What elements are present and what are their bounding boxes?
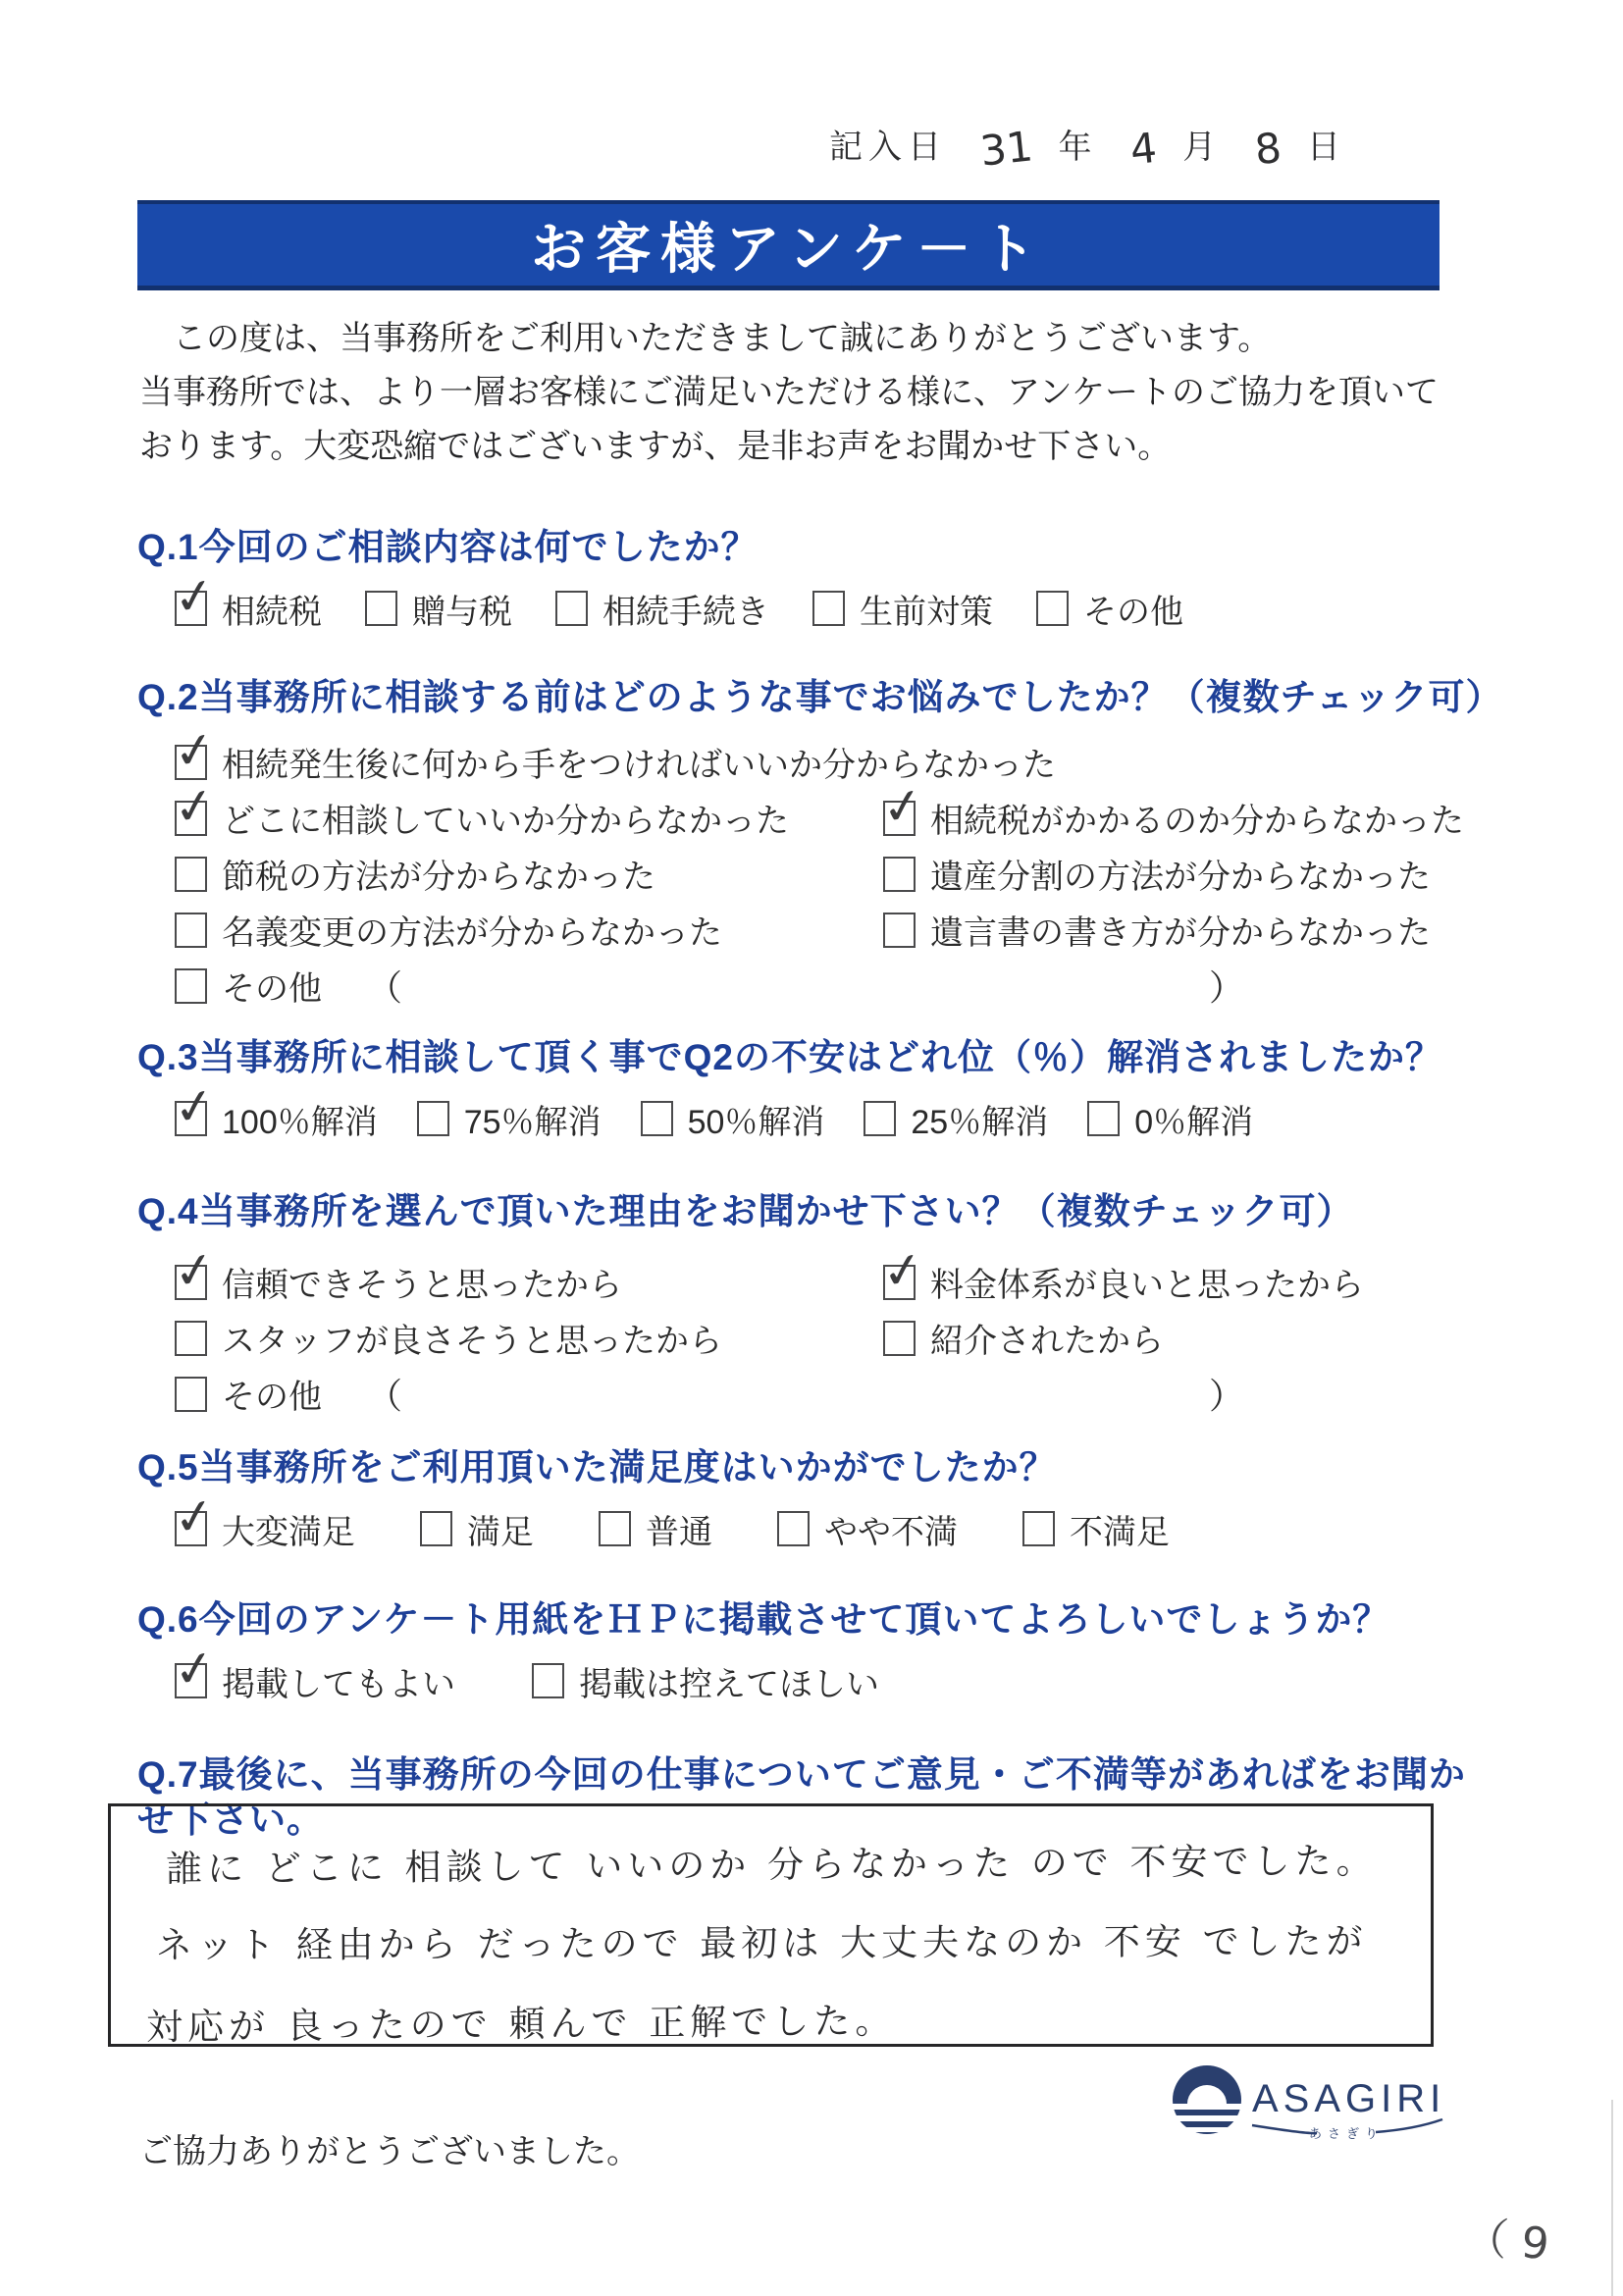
other-paren-close: ） <box>1209 961 1244 1011</box>
checkbox-option-keisai-ng[interactable]: 掲載は控えてほしい <box>532 1657 879 1705</box>
checkbox[interactable] <box>599 1511 631 1546</box>
asagiri-logo: ASAGIRI あさぎり <box>1170 2062 1444 2147</box>
intro-line: おります。大変恐縮ではございますが、是非お声をお聞かせ下さい。 <box>139 420 1493 474</box>
option-label: 掲載は控えてほしい <box>579 1657 879 1705</box>
option-label: 贈与税 <box>412 585 512 633</box>
date-prefix-label: 記入日 <box>829 120 947 168</box>
option-label: 遺産分割の方法が分からなかった <box>930 850 1431 898</box>
checkbox[interactable] <box>175 1511 207 1546</box>
question-q3: Q.3当事務所に相談して頂く事でQ2の不安はどれ位（％）解消されましたか？ 10… <box>137 1035 1492 1143</box>
intro-paragraph: この度は、当事務所をご利用いただきまして誠にありがとうございます。 当事務所では… <box>139 312 1493 474</box>
checkbox[interactable] <box>175 591 207 626</box>
handwritten-page-mark: （9 <box>1462 2201 1566 2273</box>
option-label: やや不満 <box>824 1505 958 1553</box>
checkbox[interactable] <box>1087 1101 1120 1136</box>
checkbox[interactable] <box>175 1377 207 1412</box>
footer-thanks-text: ご協力ありがとうございました。 <box>139 2124 640 2172</box>
other-paren-open: （ <box>367 961 402 1011</box>
option-label: 節税の方法が分からなかった <box>222 850 655 898</box>
option-label: 0％解消 <box>1134 1095 1253 1143</box>
checkbox[interactable] <box>883 857 916 892</box>
checkbox-option-taihen-manzoku[interactable]: 大変満足 <box>175 1505 355 1553</box>
question-q4: Q.4当事務所を選んで頂いた理由をお聞かせ下さい？（複数チェック可） 信頼できそ… <box>137 1189 1492 1422</box>
option-label: 信頼できそうと思ったから <box>222 1258 622 1306</box>
checkbox-option[interactable]: 紹介されたから <box>883 1314 1164 1362</box>
checkbox[interactable] <box>175 913 207 948</box>
question-heading: Q.4当事務所を選んで頂いた理由をお聞かせ下さい？（複数チェック可） <box>137 1189 1492 1234</box>
checkbox[interactable] <box>641 1101 673 1136</box>
option-label: 普通 <box>646 1505 712 1553</box>
checkbox-option[interactable]: 遺言書の書き方が分からなかった <box>883 906 1431 954</box>
other-paren-open: （ <box>367 1369 402 1419</box>
checkbox[interactable] <box>883 913 916 948</box>
question-heading: Q.5当事務所をご利用頂いた満足度はいかがでしたか？ <box>137 1445 1492 1490</box>
checkbox-option-zouyozei[interactable]: 贈与税 <box>365 585 512 633</box>
checkbox-option-keisai-ok[interactable]: 掲載してもよい <box>175 1657 455 1705</box>
checkbox[interactable] <box>812 591 845 626</box>
checkbox-option[interactable]: どこに相談していいか分からなかった <box>175 794 789 842</box>
checkbox-option[interactable]: 節税の方法が分からなかった <box>175 850 655 898</box>
checkbox[interactable] <box>1022 1511 1055 1546</box>
checkbox[interactable] <box>777 1511 810 1546</box>
checkbox[interactable] <box>883 1321 916 1356</box>
option-label: 生前対策 <box>860 585 993 633</box>
checkbox-option-sonota[interactable]: その他 <box>175 1370 322 1418</box>
checkbox[interactable] <box>175 801 207 836</box>
checkbox[interactable] <box>883 1265 916 1300</box>
question-heading: Q.6今回のアンケ－ト用紙をＨＰに掲載させて頂いてよろしいでしょうか？ <box>137 1597 1492 1643</box>
other-paren-close: ） <box>1209 1369 1244 1419</box>
option-label: 大変満足 <box>222 1505 355 1553</box>
scan-artifact <box>1611 2100 1613 2296</box>
handwritten-month-value: 4 <box>1128 128 1159 172</box>
checkbox-option-75[interactable]: 75％解消 <box>417 1095 602 1143</box>
checkbox-option-sonota[interactable]: その他 <box>1036 585 1183 633</box>
checkbox[interactable] <box>175 968 207 1004</box>
fill-in-date-row: 記入日 31 年 4 月 8 日 <box>829 120 1346 168</box>
question-heading: Q.2当事務所に相談する前はどのような事でお悩みでしたか？（複数チェック可） <box>137 675 1492 720</box>
checkbox-option-souzoku-tetsuzuki[interactable]: 相続手続き <box>555 585 769 633</box>
handwritten-comment-line: 誰に どこに 相談して いいのか 分らなかった ので 不安でした。 <box>166 1822 1402 1909</box>
checkbox-option[interactable]: 料金体系が良いと思ったから <box>883 1258 1364 1306</box>
checkbox-option-manzoku[interactable]: 満足 <box>420 1505 534 1553</box>
option-label: 料金体系が良いと思ったから <box>930 1258 1364 1306</box>
question-q1: Q.1今回のご相談内容は何でしたか？ 相続税 贈与税 相続手続き 生前対策 その… <box>137 525 1492 633</box>
checkbox-option-0[interactable]: 0％解消 <box>1087 1095 1253 1143</box>
option-label: 100％解消 <box>222 1095 378 1143</box>
checkbox-option[interactable]: 相続税がかかるのか分からなかった <box>883 794 1464 842</box>
asagiri-sun-icon: ASAGIRI あさぎり <box>1170 2062 1444 2147</box>
checkbox[interactable] <box>175 857 207 892</box>
checkbox-option-50[interactable]: 50％解消 <box>641 1095 825 1143</box>
option-label: 満足 <box>467 1505 534 1553</box>
option-label: スタッフが良さそうと思ったから <box>222 1314 722 1362</box>
year-suffix-label: 年 <box>1058 120 1097 168</box>
option-label: 25％解消 <box>911 1095 1048 1143</box>
option-label: 遺言書の書き方が分からなかった <box>930 906 1431 954</box>
question-heading: Q.1今回のご相談内容は何でしたか？ <box>137 525 1492 570</box>
option-label: 相続税がかかるのか分からなかった <box>930 794 1464 842</box>
checkbox-option-100[interactable]: 100％解消 <box>175 1095 378 1143</box>
title-banner: お客様アンケ－ト <box>137 200 1440 290</box>
checkbox[interactable] <box>420 1511 452 1546</box>
checkbox-option[interactable]: 遺産分割の方法が分からなかった <box>883 850 1431 898</box>
option-label: 相続手続き <box>602 585 769 633</box>
checkbox-option-futsuu[interactable]: 普通 <box>599 1505 712 1553</box>
option-label: 掲載してもよい <box>222 1657 455 1705</box>
checkbox[interactable] <box>175 745 207 780</box>
checkbox-option[interactable]: スタッフが良さそうと思ったから <box>175 1314 722 1362</box>
handwritten-comment-line: ネット 経由から だったので 最初は 大丈夫なのか 不安 でしたが <box>156 1903 1401 1985</box>
checkbox[interactable] <box>175 1321 207 1356</box>
checkbox[interactable] <box>864 1101 896 1136</box>
checkbox[interactable] <box>555 591 588 626</box>
option-label: 相続発生後に何から手をつければいいか分からなかった <box>222 738 1056 786</box>
checkbox-option-25[interactable]: 25％解消 <box>864 1095 1048 1143</box>
option-label: 不満足 <box>1070 1505 1170 1553</box>
option-label: 紹介されたから <box>930 1314 1164 1362</box>
checkbox-option-souzokuzei[interactable]: 相続税 <box>175 585 322 633</box>
checkbox[interactable] <box>175 1265 207 1300</box>
question-q5: Q.5当事務所をご利用頂いた満足度はいかがでしたか？ 大変満足 満足 普通 やや… <box>137 1445 1492 1553</box>
option-label: 50％解消 <box>688 1095 825 1143</box>
checkbox-option-seizen-taisaku[interactable]: 生前対策 <box>812 585 993 633</box>
option-label: その他 <box>222 1370 322 1418</box>
checkbox-option-sonota[interactable]: その他 <box>175 962 322 1010</box>
question-heading: Q.3当事務所に相談して頂く事でQ2の不安はどれ位（％）解消されましたか？ <box>137 1035 1492 1080</box>
option-label: その他 <box>1083 585 1183 633</box>
checkbox[interactable] <box>417 1101 449 1136</box>
month-suffix-label: 月 <box>1182 120 1222 168</box>
handwritten-day-value: 8 <box>1253 128 1283 172</box>
option-label: 相続税 <box>222 585 322 633</box>
checkbox-option[interactable]: 名義変更の方法が分からなかった <box>175 906 722 954</box>
option-label: どこに相談していいか分からなかった <box>222 794 789 842</box>
question-q6: Q.6今回のアンケ－ト用紙をＨＰに掲載させて頂いてよろしいでしょうか？ 掲載して… <box>137 1597 1492 1705</box>
checkbox[interactable] <box>175 1101 207 1136</box>
intro-line: この度は、当事務所をご利用いただきまして誠にありがとうございます。 <box>139 312 1493 366</box>
checkbox-option-yaya-fuman[interactable]: やや不満 <box>777 1505 958 1553</box>
checkbox-option[interactable]: 信頼できそうと思ったから <box>175 1258 622 1306</box>
day-suffix-label: 日 <box>1307 120 1346 168</box>
checkbox[interactable] <box>1036 591 1069 626</box>
checkbox-option-fumanzoku[interactable]: 不満足 <box>1022 1505 1170 1553</box>
handwritten-year-value: 31 <box>978 126 1035 172</box>
option-label: 75％解消 <box>464 1095 602 1143</box>
checkbox-option[interactable]: 相続発生後に何から手をつければいいか分からなかった <box>175 738 1056 786</box>
page-title: お客様アンケ－ト <box>531 206 1046 285</box>
checkbox[interactable] <box>175 1663 207 1698</box>
logo-subtext: あさぎり <box>1309 2126 1384 2141</box>
checkbox[interactable] <box>883 801 916 836</box>
intro-line: 当事務所では、より一層お客様にご満足いただける様に、アンケートのご協力を頂いて <box>139 366 1493 420</box>
option-label: 名義変更の方法が分からなかった <box>222 906 722 954</box>
checkbox[interactable] <box>365 591 397 626</box>
option-label: その他 <box>222 962 322 1010</box>
question-q2: Q.2当事務所に相談する前はどのような事でお悩みでしたか？（複数チェック可） 相… <box>137 675 1492 1014</box>
logo-brand-text: ASAGIRI <box>1252 2077 1444 2120</box>
checkbox[interactable] <box>532 1663 564 1698</box>
comment-box[interactable]: 誰に どこに 相談して いいのか 分らなかった ので 不安でした。 ネット 経由… <box>108 1803 1434 2047</box>
handwritten-comment-line: 対応が 良ったので 頼んで 正解でした。 <box>146 1977 1402 2066</box>
